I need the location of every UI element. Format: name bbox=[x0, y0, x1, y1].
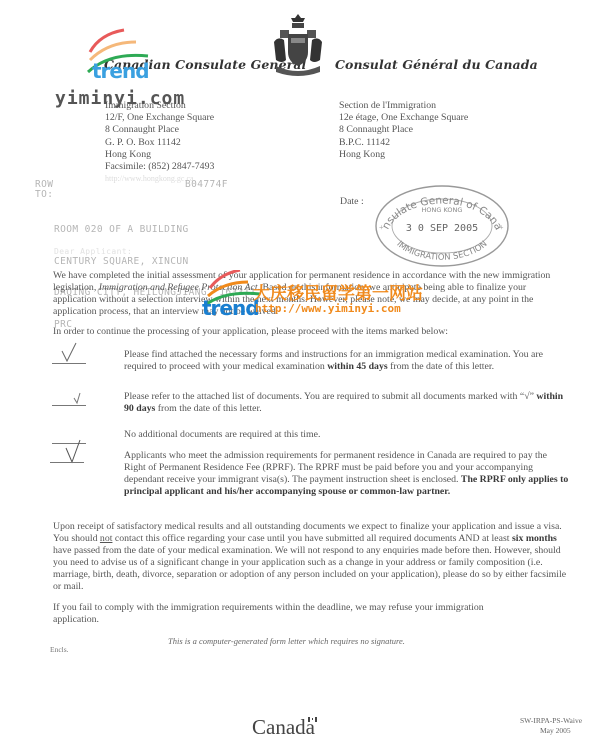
svg-text:+: + bbox=[499, 223, 504, 232]
svg-text:IMMIGRATION SECTION: IMMIGRATION SECTION bbox=[394, 239, 489, 263]
item-text: from the date of this letter. bbox=[155, 403, 261, 414]
watermark-logo-top: trend bbox=[84, 28, 164, 83]
item-text: Please refer to the attached list of doc… bbox=[124, 391, 536, 402]
closing-underline: not bbox=[100, 533, 113, 544]
item-3-text: No additional documents are required at … bbox=[124, 429, 564, 441]
file-number: B04774F bbox=[185, 180, 228, 191]
closing-text: have passed from the date of your medica… bbox=[53, 545, 566, 592]
fax-number: Facsimile: (852) 2847-7493 bbox=[105, 161, 214, 173]
watermark-logo-text: trend bbox=[92, 59, 149, 83]
checkmark-item-4 bbox=[50, 438, 84, 464]
checkmark-item-2 bbox=[52, 384, 86, 408]
closing-paragraph: Upon receipt of satisfactory medical res… bbox=[53, 521, 573, 593]
flag-icon bbox=[308, 717, 317, 722]
stamp-date: 3 0 SEP 2005 bbox=[406, 223, 478, 234]
svg-text:+: + bbox=[379, 223, 384, 232]
checkmark-item-1 bbox=[52, 342, 86, 366]
salutation-faint: Dear Applicant: bbox=[54, 247, 132, 258]
address-line: 8 Connaught Place bbox=[339, 124, 468, 136]
address-line: B.P.C. 11142 bbox=[339, 137, 468, 149]
date-label: Date : bbox=[340, 196, 364, 208]
watermark-url-text: http://www.yiminyi.com bbox=[255, 302, 401, 315]
signature-note: This is a computer-generated form letter… bbox=[168, 635, 405, 647]
item-bold: within 45 days bbox=[327, 361, 387, 372]
address-french: Section de l'Immigration 12e étage, One … bbox=[339, 100, 468, 161]
recipient-line: ROOM 020 OF A BUILDING bbox=[54, 225, 256, 236]
item-1-text: Please find attached the necessary forms… bbox=[124, 349, 564, 373]
canada-wordmark: Canada bbox=[252, 715, 315, 740]
letterhead-french: Consulat Général du Canada bbox=[335, 57, 538, 72]
address-line: Hong Kong bbox=[339, 149, 468, 161]
address-line: 12e étage, One Exchange Square bbox=[339, 112, 468, 124]
closing-text: contact this office regarding your case … bbox=[112, 533, 511, 544]
instruction-paragraph: In order to continue the processing of y… bbox=[53, 326, 573, 338]
warning-paragraph: If you fail to comply with the immigrati… bbox=[53, 602, 493, 626]
stamp-city: HONG KONG bbox=[422, 206, 463, 214]
address-line: Hong Kong bbox=[105, 149, 214, 161]
form-date: May 2005 bbox=[540, 726, 571, 735]
item-text: from the date of this letter. bbox=[388, 361, 494, 372]
recipient-line: CENTURY SQUARE, XINCUN bbox=[54, 257, 256, 268]
coat-of-arms-icon bbox=[270, 12, 326, 80]
date-stamp: Consulate General of Canada IMMIGRATION … bbox=[372, 180, 512, 268]
stamp-bottom-text: IMMIGRATION SECTION bbox=[394, 239, 489, 263]
address-line: Section de l'Immigration bbox=[339, 100, 468, 112]
watermark-site-text: yiminyi.com bbox=[55, 88, 185, 109]
address-line: 12/F, One Exchange Square bbox=[105, 112, 214, 124]
enclosures-label: Encls. bbox=[50, 644, 69, 656]
item-text: No additional documents are required at … bbox=[124, 429, 320, 440]
to-label: TO: bbox=[35, 190, 53, 201]
item-4-text: Applicants who meet the admission requir… bbox=[124, 450, 570, 498]
watermark-logo-text: trend bbox=[202, 296, 259, 320]
item-2-text: Please refer to the attached list of doc… bbox=[124, 391, 564, 415]
watermark-chinese-text: 大庆移民留学第一网站 bbox=[253, 279, 423, 304]
address-line: 8 Connaught Place bbox=[105, 124, 214, 136]
wordmark-text: Canada bbox=[252, 715, 315, 739]
address-english: Immigration Section 12/F, One Exchange S… bbox=[105, 100, 214, 185]
address-line: G. P. O. Box 11142 bbox=[105, 137, 214, 149]
closing-bold: six months bbox=[512, 533, 557, 544]
form-code: SW-IRPA-PS-Waive bbox=[520, 716, 582, 725]
